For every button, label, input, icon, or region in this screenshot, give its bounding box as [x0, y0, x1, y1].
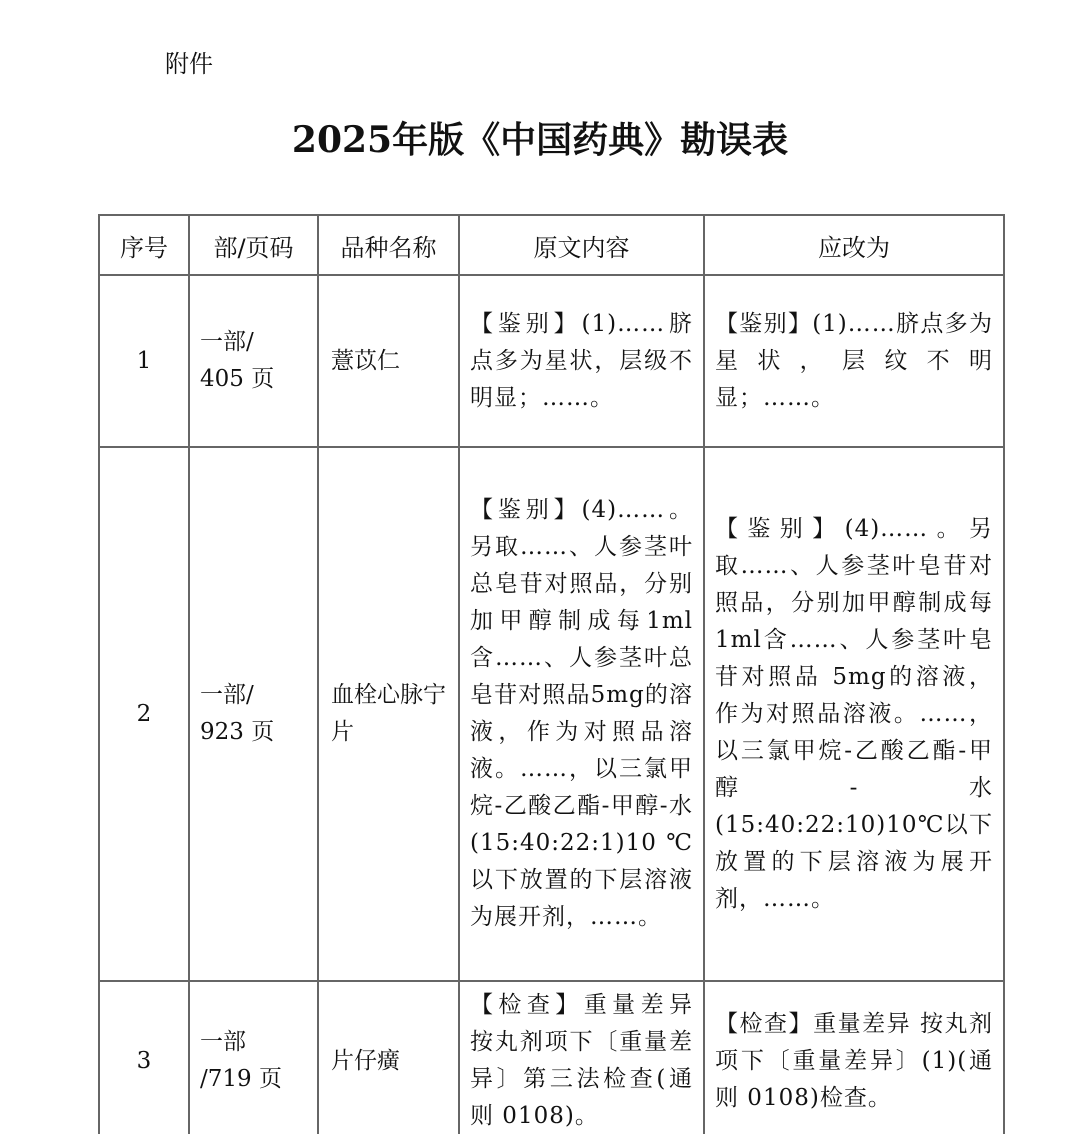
cell-corrected: 【鉴别】(4)……。另取……、人参茎叶皂苷对照品，分别加甲醇制成每1ml含……、… [704, 447, 1004, 981]
cell-original: 【检查】重量差异 按丸剂项下〔重量差异〕第三法检查(通则 0108)。 [459, 981, 704, 1134]
cell-variety: 片仔癀 [318, 981, 459, 1134]
table-row: 2 一部/ 923 页 血栓心脉宁片 【鉴别】(4)……。另取……、人参茎叶总皂… [99, 447, 1004, 981]
cell-no: 1 [99, 275, 189, 447]
header-original: 原文内容 [459, 215, 704, 275]
cell-variety: 薏苡仁 [318, 275, 459, 447]
header-variety: 品种名称 [318, 215, 459, 275]
cell-no: 2 [99, 447, 189, 981]
table-row: 3 一部 /719 页 片仔癀 【检查】重量差异 按丸剂项下〔重量差异〕第三法检… [99, 981, 1004, 1134]
cell-variety: 血栓心脉宁片 [318, 447, 459, 981]
cell-section-page: 一部/ 923 页 [189, 447, 318, 981]
cell-no: 3 [99, 981, 189, 1134]
header-section-page: 部/页码 [189, 215, 318, 275]
header-no: 序号 [99, 215, 189, 275]
document-title: 2025年版《中国药典》勘误表 [0, 112, 1080, 163]
errata-table: 序号 部/页码 品种名称 原文内容 应改为 1 一部/ 405 页 薏苡仁 【鉴… [98, 214, 1005, 1134]
header-corrected: 应改为 [704, 215, 1004, 275]
cell-corrected: 【检查】重量差异 按丸剂项下〔重量差异〕(1)(通则 0108)检查。 [704, 981, 1004, 1134]
cell-original: 【鉴别】(4)……。另取……、人参茎叶总皂苷对照品，分别加甲醇制成每1ml含……… [459, 447, 704, 981]
table-header-row: 序号 部/页码 品种名称 原文内容 应改为 [99, 215, 1004, 275]
cell-section-page: 一部/ 405 页 [189, 275, 318, 447]
cell-section-page: 一部 /719 页 [189, 981, 318, 1134]
attachment-label: 附件 [165, 44, 213, 79]
table-row: 1 一部/ 405 页 薏苡仁 【鉴别】(1)……脐点多为星状，层级不明显；……… [99, 275, 1004, 447]
cell-corrected: 【鉴别】(1)……脐点多为星状，层纹不明显；……。 [704, 275, 1004, 447]
cell-original: 【鉴别】(1)……脐点多为星状，层级不明显；……。 [459, 275, 704, 447]
